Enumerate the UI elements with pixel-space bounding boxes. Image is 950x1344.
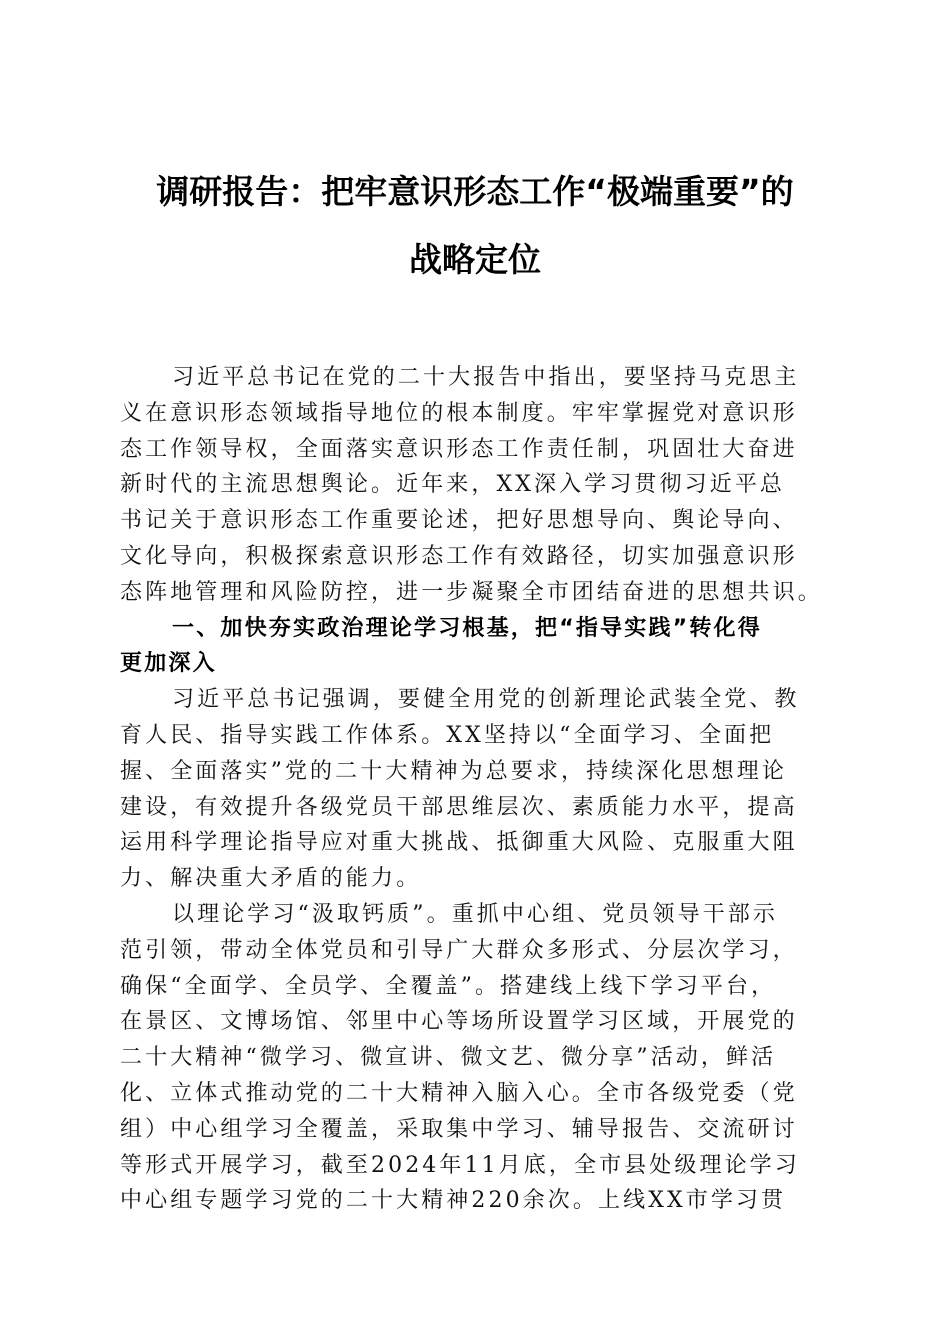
text-line: 运用科学理论指导应对重大挑战、抵御重大风险、克服重大阻 (120, 825, 825, 861)
text-line: 习近平总书记强调，要健全用党的创新理论武装全党、教 (120, 682, 825, 718)
text-line: 力、解决重大矛盾的能力。 (120, 861, 825, 897)
text-line: 习近平总书记在党的二十大报告中指出，要坚持马克思主 (120, 360, 825, 396)
text-line: 以理论学习“汲取钙质”。重抓中心组、党员领导干部示 (120, 897, 825, 933)
text-line: 态工作领导权，全面落实意识形态工作责任制，巩固壮大奋进 (120, 432, 825, 468)
heading-line: 更加深入 (120, 646, 825, 682)
document-page: 调研报告：把牢意识形态工作“极端重要”的 战略定位 习近平总书记在党的二十大报告… (0, 0, 950, 1344)
text-line: 握、全面落实”党的二十大精神为总要求，持续深化思想理论 (120, 754, 825, 790)
text-line: 态阵地管理和风险防控，进一步凝聚全市团结奋进的思想共识。 (120, 575, 825, 611)
text-line: 义在意识形态领域指导地位的根本制度。牢牢掌握党对意识形 (120, 396, 825, 432)
section-heading-1: 一、加快夯实政治理论学习根基，把“指导实践”转化得 更加深入 (120, 611, 825, 683)
document-title-line-1: 调研报告：把牢意识形态工作“极端重要”的 (100, 172, 850, 212)
text-line: 中心组专题学习党的二十大精神220余次。上线XX市学习贯 (120, 1183, 825, 1219)
text-line: 新时代的主流思想舆论。近年来，XX深入学习贯彻习近平总 (120, 467, 825, 503)
text-line: 组）中心组学习全覆盖，采取集中学习、辅导报告、交流研讨 (120, 1112, 825, 1148)
text-line: 建设，有效提升各级党员干部思维层次、素质能力水平，提高 (120, 790, 825, 826)
paragraph-intro: 习近平总书记在党的二十大报告中指出，要坚持马克思主 义在意识形态领域指导地位的根… (120, 360, 825, 611)
text-line: 书记关于意识形态工作重要论述，把好思想导向、舆论导向、 (120, 503, 825, 539)
paragraph-section-1-intro: 习近平总书记强调，要健全用党的创新理论武装全党、教 育人民、指导实践工作体系。X… (120, 682, 825, 897)
text-line: 育人民、指导实践工作体系。XX坚持以“全面学习、全面把 (120, 718, 825, 754)
text-line: 等形式开展学习，截至2024年11月底，全市县处级理论学习 (120, 1148, 825, 1184)
text-line: 文化导向，积极探索意识形态工作有效路径，切实加强意识形 (120, 539, 825, 575)
document-title-line-2: 战略定位 (100, 240, 850, 280)
text-line: 化、立体式推动党的二十大精神入脑入心。全市各级党委（党 (120, 1076, 825, 1112)
text-line: 二十大精神“微学习、微宣讲、微文艺、微分享”活动，鲜活 (120, 1040, 825, 1076)
text-line: 确保“全面学、全员学、全覆盖”。搭建线上线下学习平台， (120, 969, 825, 1005)
text-line: 范引领，带动全体党员和引导广大群众多形式、分层次学习， (120, 933, 825, 969)
heading-line: 一、加快夯实政治理论学习根基，把“指导实践”转化得 (120, 611, 825, 647)
paragraph-theory-study: 以理论学习“汲取钙质”。重抓中心组、党员领导干部示 范引领，带动全体党员和引导广… (120, 897, 825, 1219)
text-line: 在景区、文博场馆、邻里中心等场所设置学习区域，开展党的 (120, 1004, 825, 1040)
document-body: 习近平总书记在党的二十大报告中指出，要坚持马克思主 义在意识形态领域指导地位的根… (120, 360, 825, 1219)
